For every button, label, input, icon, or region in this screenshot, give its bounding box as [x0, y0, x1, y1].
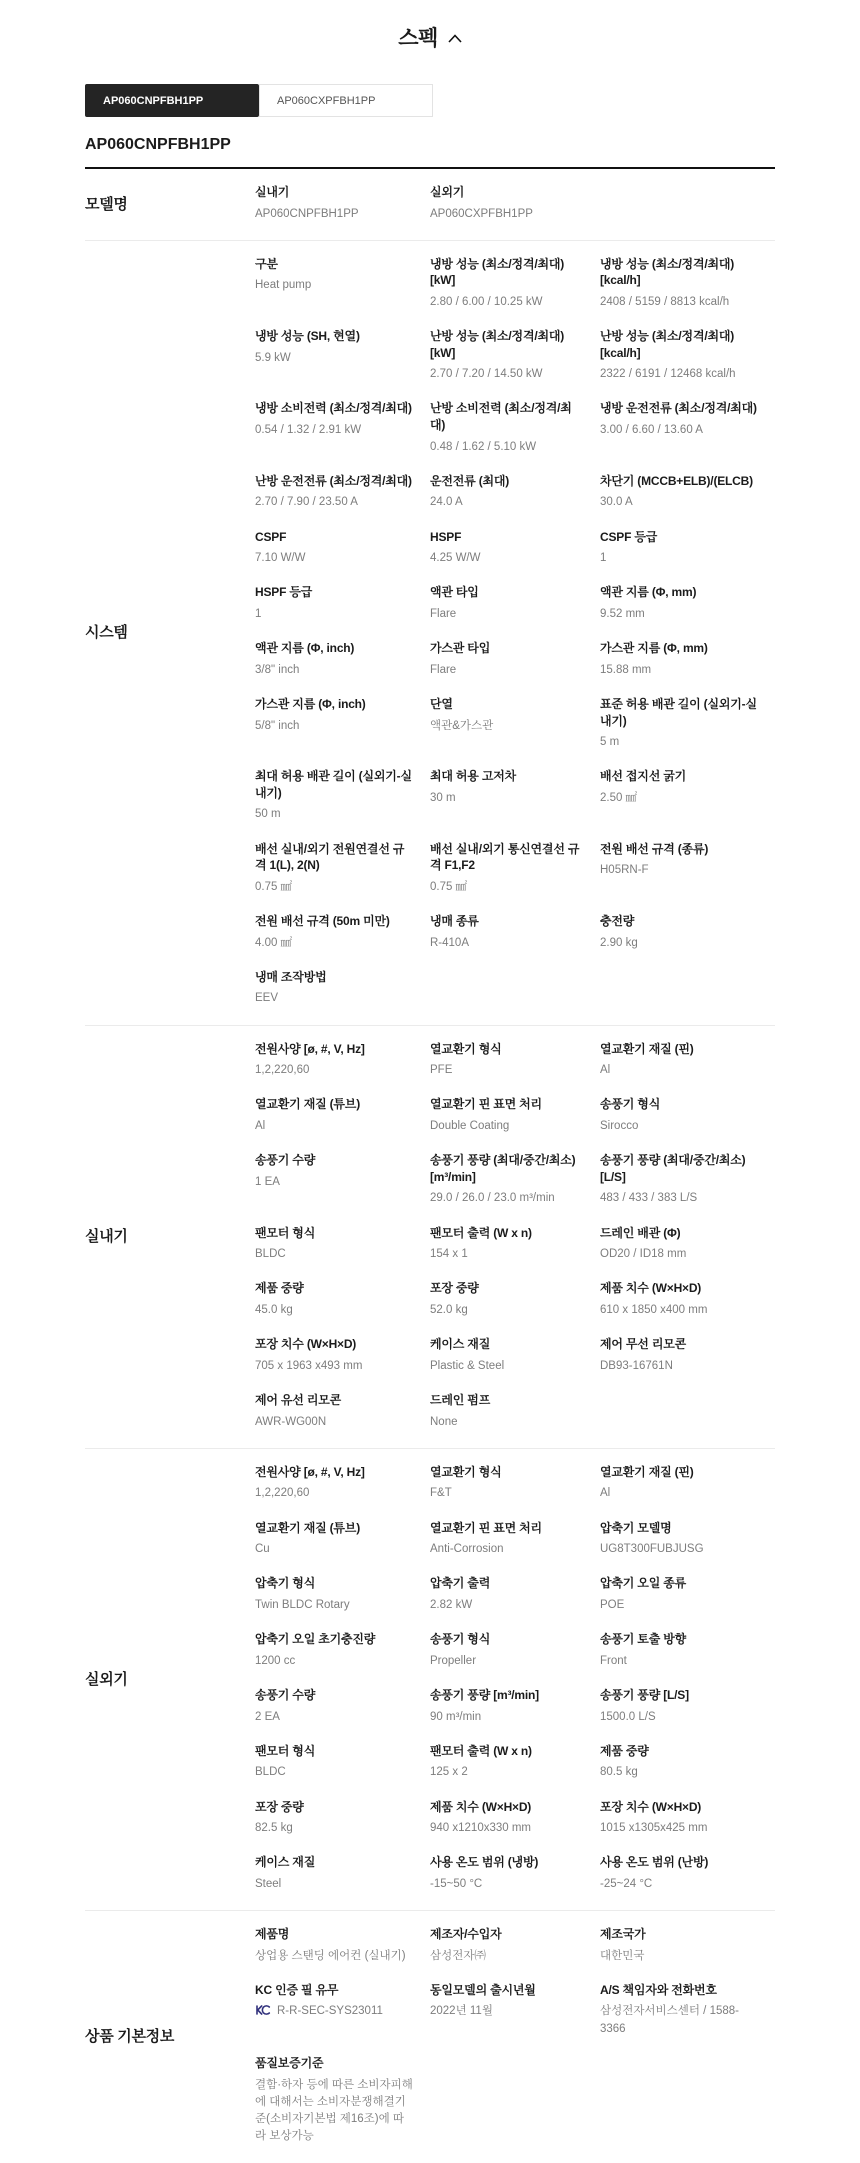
spec-item: 액관 지름 (Φ, mm)9.52 mm: [600, 584, 775, 623]
spec-item-value-text: 3/8" inch: [255, 664, 299, 676]
spec-item: 포장 치수 (W×H×D)1015 x1305x425 mm: [600, 1799, 775, 1838]
spec-item: HSPF 등급1: [255, 584, 430, 623]
spec-item-value: 5/8" inch: [255, 718, 414, 735]
spec-item-label: 케이스 재질: [430, 1336, 584, 1353]
spec-item-value: Flare: [430, 606, 584, 623]
spec-item-value: 2.82 kW: [430, 1597, 584, 1614]
spec-item-label: 송풍기 형식: [600, 1096, 759, 1113]
spec-item-value-text: 1015 x1305x425 mm: [600, 1822, 707, 1834]
spec-item-label: 액관 타입: [430, 584, 584, 601]
spec-title: 스펙: [398, 22, 438, 52]
spec-item: 품질보증기준결함·하자 등에 따른 소비자피해에 대해서는 소비자분쟁해결기준(…: [255, 2055, 430, 2146]
spec-item-label: 충전량: [600, 913, 759, 930]
spec-item-value-text: 29.0 / 26.0 / 23.0 m³/min: [430, 1192, 555, 1204]
spec-item: 압축기 오일 초기충진량1200 cc: [255, 1631, 430, 1670]
spec-item-value: 결함·하자 등에 따른 소비자피해에 대해서는 소비자분쟁해결기준(소비자기본법…: [255, 2077, 414, 2146]
spec-item-value-text: UG8T300FUBJUSG: [600, 1543, 704, 1555]
spec-item-value-text: 705 x 1963 x493 mm: [255, 1360, 362, 1372]
spec-item-value: 대한민국: [600, 1948, 759, 1965]
spec-item-value: 90 m³/min: [430, 1709, 584, 1726]
spec-item-value: BLDC: [255, 1764, 414, 1781]
spec-item-value: Sirocco: [600, 1118, 759, 1135]
section-items: 제품명상업용 스탠딩 에어컨 (실내기)제조자/수입자삼성전자㈜제조국가대한민국…: [255, 1926, 775, 2145]
spec-item-label: 제품 치수 (W×H×D): [600, 1280, 759, 1297]
spec-item-label: 압축기 출력: [430, 1575, 584, 1592]
spec-item-label: 가스관 지름 (Φ, mm): [600, 640, 759, 657]
spec-item-label: 포장 치수 (W×H×D): [255, 1336, 414, 1353]
spec-item-value-text: 30 m: [430, 792, 456, 804]
spec-item: 송풍기 풍량 [m³/min]90 m³/min: [430, 1687, 600, 1726]
spec-item-label: 동일모델의 출시년월: [430, 1982, 584, 1999]
spec-item-value-text: 483 / 433 / 383 L/S: [600, 1192, 697, 1204]
section-items: 전원사양 [ø, #, V, Hz]1,2,220,60열교환기 형식F&T열교…: [255, 1464, 775, 1893]
spec-item-value: 상업용 스탠딩 에어컨 (실내기): [255, 1948, 414, 1965]
spec-item: 냉방 운전전류 (최소/정격/최대)3.00 / 6.60 / 13.60 A: [600, 400, 775, 439]
spec-item-value: 610 x 1850 x400 mm: [600, 1302, 759, 1319]
spec-item: 가스관 지름 (Φ, inch)5/8" inch: [255, 696, 430, 735]
spec-item: KC 인증 필 유무R-R-SEC-SYS23011: [255, 1982, 430, 2021]
spec-item-value-text: 45.0 kg: [255, 1304, 293, 1316]
spec-item: 냉방 성능 (최소/정격/최대) [kcal/h]2408 / 5159 / 8…: [600, 256, 775, 311]
spec-item-value-text: 1,2,220,60: [255, 1487, 309, 1499]
spec-item-value: 0.75 ㎟: [255, 879, 414, 896]
spec-item: CSPF 등급1: [600, 529, 775, 568]
spec-item-value: AP060CNPFBH1PP: [255, 206, 414, 223]
spec-item-value-text: 0.54 / 1.32 / 2.91 kW: [255, 424, 361, 436]
spec-item-value: BLDC: [255, 1246, 414, 1263]
spec-item-value-text: 80.5 kg: [600, 1766, 638, 1778]
spec-item-value-text: -15~50 °C: [430, 1878, 482, 1890]
spec-item: 송풍기 형식Sirocco: [600, 1096, 775, 1135]
spec-page: 스펙 AP060CNPFBH1PP AP060CXPFBH1PP AP060CN…: [0, 0, 860, 2163]
spec-item: 최대 허용 고저차30 m: [430, 768, 600, 807]
spec-item-value-text: Flare: [430, 608, 456, 620]
spec-item-label: 냉방 소비전력 (최소/정격/최대): [255, 400, 414, 417]
spec-item: 전원사양 [ø, #, V, Hz]1,2,220,60: [255, 1464, 430, 1503]
spec-item-value: UG8T300FUBJUSG: [600, 1541, 759, 1558]
spec-item-label: 전원사양 [ø, #, V, Hz]: [255, 1041, 414, 1058]
spec-item-label: 압축기 오일 초기충진량: [255, 1631, 414, 1648]
spec-item: 액관 타입Flare: [430, 584, 600, 623]
spec-item: 난방 운전전류 (최소/정격/최대)2.70 / 7.90 / 23.50 A: [255, 473, 430, 512]
spec-item-value-text: 125 x 2: [430, 1766, 468, 1778]
spec-item: 압축기 형식Twin BLDC Rotary: [255, 1575, 430, 1614]
spec-item: 송풍기 풍량 (최대/중간/최소) [m³/min]29.0 / 26.0 / …: [430, 1152, 600, 1207]
spec-item-value-text: 1: [600, 552, 606, 564]
spec-item: 포장 중량82.5 kg: [255, 1799, 430, 1838]
spec-item-value: 4.25 W/W: [430, 550, 584, 567]
spec-item-label: 팬모터 형식: [255, 1225, 414, 1242]
spec-item-value: 9.52 mm: [600, 606, 759, 623]
spec-item: 난방 성능 (최소/정격/최대) [kcal/h]2322 / 6191 / 1…: [600, 328, 775, 383]
spec-item-label: 난방 성능 (최소/정격/최대) [kW]: [430, 328, 584, 361]
spec-item-value: DB93-16761N: [600, 1358, 759, 1375]
spec-item: 제품 중량45.0 kg: [255, 1280, 430, 1319]
spec-item-value-text: 30.0 A: [600, 496, 633, 508]
spec-item-value-text: 삼성전자㈜: [430, 1950, 486, 1962]
spec-item-value-text: 15.88 mm: [600, 664, 651, 676]
spec-item-value: 2022년 11월: [430, 2003, 584, 2020]
spec-item-label: 난방 소비전력 (최소/정격/최대): [430, 400, 584, 433]
spec-item-value: 1200 cc: [255, 1653, 414, 1670]
spec-item: 열교환기 재질 (핀)Al: [600, 1041, 775, 1080]
spec-item-value: 7.10 W/W: [255, 550, 414, 567]
spec-item-value-text: 940 x1210x330 mm: [430, 1822, 531, 1834]
spec-item: 송풍기 풍량 (최대/중간/최소) [L/S]483 / 433 / 383 L…: [600, 1152, 775, 1207]
spec-item-value: 1,2,220,60: [255, 1485, 414, 1502]
spec-item-value: 2.50 ㎟: [600, 790, 759, 807]
spec-item-value: 2 EA: [255, 1709, 414, 1726]
spec-item-label: 송풍기 풍량 [m³/min]: [430, 1687, 584, 1704]
spec-item-value: PFE: [430, 1062, 584, 1079]
spec-item-value: 940 x1210x330 mm: [430, 1820, 584, 1837]
spec-item: 최대 허용 배관 길이 (실외기-실내기)50 m: [255, 768, 430, 823]
spec-item-value-text: 삼성전자서비스센터 / 1588-3366: [600, 2005, 739, 2034]
spec-item: 배선 실내/외기 전원연결선 규격 1(L), 2(N)0.75 ㎟: [255, 841, 430, 896]
spec-item-value: 1015 x1305x425 mm: [600, 1820, 759, 1837]
spec-item: 송풍기 수량2 EA: [255, 1687, 430, 1726]
spec-item: 압축기 출력2.82 kW: [430, 1575, 600, 1614]
spec-item-label: 송풍기 수량: [255, 1687, 414, 1704]
spec-item-label: 실외기: [430, 184, 584, 201]
spec-item-value-text: R-410A: [430, 937, 469, 949]
spec-item-value: Cu: [255, 1541, 414, 1558]
spec-item: 드레인 펌프None: [430, 1392, 600, 1431]
spec-item: 제조국가대한민국: [600, 1926, 775, 1965]
model-tabs: AP060CNPFBH1PP AP060CXPFBH1PP: [85, 84, 775, 117]
spec-item-value-text: POE: [600, 1599, 624, 1611]
spec-item: 전원 배선 규격 (종류)H05RN-F: [600, 841, 775, 880]
spec-item-value: 1 EA: [255, 1174, 414, 1191]
spec-item: 단열액관&가스관: [430, 696, 600, 735]
spec-item: 팬모터 출력 (W x n)154 x 1: [430, 1225, 600, 1264]
spec-item-value: AP060CXPFBH1PP: [430, 206, 584, 223]
spec-item: 압축기 오일 종류POE: [600, 1575, 775, 1614]
spec-item-label: HSPF 등급: [255, 584, 414, 601]
spec-item: A/S 책임자와 전화번호삼성전자서비스센터 / 1588-3366: [600, 1982, 775, 2038]
spec-item-value-text: F&T: [430, 1487, 452, 1499]
spec-item-value-text: None: [430, 1416, 458, 1428]
spec-item-value-text: 0.75 ㎟: [430, 881, 467, 893]
spec-item-label: 제어 무선 리모콘: [600, 1336, 759, 1353]
spec-item-label: 운전전류 (최대): [430, 473, 584, 490]
spec-item: 전원 배선 규격 (50m 미만)4.00 ㎟: [255, 913, 430, 952]
spec-item-value: -15~50 °C: [430, 1876, 584, 1893]
spec-item-label: 최대 허용 배관 길이 (실외기-실내기): [255, 768, 414, 801]
spec-item-value-text: OD20 / ID18 mm: [600, 1248, 686, 1260]
spec-item: 제품 치수 (W×H×D)940 x1210x330 mm: [430, 1799, 600, 1838]
spec-item-value-text: Al: [600, 1064, 610, 1076]
spec-item: 송풍기 수량1 EA: [255, 1152, 430, 1191]
spec-item-label: 표준 허용 배관 길이 (실외기-실내기): [600, 696, 759, 729]
spec-item-label: 최대 허용 고저차: [430, 768, 584, 785]
spec-item-value: 4.00 ㎟: [255, 935, 414, 952]
spec-item: 사용 온도 범위 (냉방)-15~50 °C: [430, 1854, 600, 1893]
spec-item-value: Twin BLDC Rotary: [255, 1597, 414, 1614]
spec-item-value: None: [430, 1414, 584, 1431]
spec-collapse-toggle[interactable]: 스펙: [85, 0, 775, 52]
spec-item-label: 열교환기 핀 표면 처리: [430, 1096, 584, 1113]
spec-item-label: 송풍기 수량: [255, 1152, 414, 1169]
spec-item-value: 1: [255, 606, 414, 623]
spec-item-value: 29.0 / 26.0 / 23.0 m³/min: [430, 1190, 584, 1207]
spec-item-value: Propeller: [430, 1653, 584, 1670]
spec-item: CSPF7.10 W/W: [255, 529, 430, 568]
spec-item-value-text: R-R-SEC-SYS23011: [277, 2005, 383, 2017]
spec-item-value-text: 2 EA: [255, 1711, 280, 1723]
spec-item-label: 열교환기 재질 (튜브): [255, 1096, 414, 1113]
spec-item: 냉방 성능 (SH, 현열)5.9 kW: [255, 328, 430, 367]
spec-item-value: 2.70 / 7.20 / 14.50 kW: [430, 366, 584, 383]
spec-item-value-text: 4.00 ㎟: [255, 937, 292, 949]
spec-item-label: 냉방 성능 (최소/정격/최대) [kcal/h]: [600, 256, 759, 289]
spec-item-value-text: AWR-WG00N: [255, 1416, 326, 1428]
spec-item: 액관 지름 (Φ, inch)3/8" inch: [255, 640, 430, 679]
spec-item-value-text: EEV: [255, 992, 278, 1004]
spec-item-label: CSPF: [255, 529, 414, 546]
spec-item-value: 삼성전자서비스센터 / 1588-3366: [600, 2003, 759, 2038]
spec-item: 열교환기 재질 (튜브)Cu: [255, 1520, 430, 1559]
spec-item: 제품명상업용 스탠딩 에어컨 (실내기): [255, 1926, 430, 1965]
spec-item: 송풍기 형식Propeller: [430, 1631, 600, 1670]
spec-item-label: 배선 접지선 굵기: [600, 768, 759, 785]
spec-item: 열교환기 형식F&T: [430, 1464, 600, 1503]
spec-item-value: 50 m: [255, 806, 414, 823]
spec-item-label: 송풍기 토출 방향: [600, 1631, 759, 1648]
spec-item-label: A/S 책임자와 전화번호: [600, 1982, 759, 1999]
spec-item: 가스관 지름 (Φ, mm)15.88 mm: [600, 640, 775, 679]
spec-item-value-text: 상업용 스탠딩 에어컨 (실내기): [255, 1950, 406, 1962]
spec-item: 제어 유선 리모콘AWR-WG00N: [255, 1392, 430, 1431]
spec-item-label: 송풍기 형식: [430, 1631, 584, 1648]
spec-item-value-text: 52.0 kg: [430, 1304, 468, 1316]
spec-item-label: 사용 온도 범위 (난방): [600, 1854, 759, 1871]
spec-item-value: Al: [600, 1062, 759, 1079]
spec-item-label: 열교환기 재질 (핀): [600, 1464, 759, 1481]
spec-item-value-text: Al: [255, 1120, 265, 1132]
spec-item-label: 제조자/수입자: [430, 1926, 584, 1943]
spec-item-value-text: 9.52 mm: [600, 608, 645, 620]
spec-item: 압축기 모델명UG8T300FUBJUSG: [600, 1520, 775, 1559]
spec-item-label: 냉매 조작방법: [255, 969, 414, 986]
spec-item-label: 전원 배선 규격 (50m 미만): [255, 913, 414, 930]
spec-item-label: CSPF 등급: [600, 529, 759, 546]
spec-item-value-text: 1200 cc: [255, 1655, 295, 1667]
spec-item-label: 차단기 (MCCB+ELB)/(ELCB): [600, 473, 759, 490]
spec-item-label: 냉방 성능 (SH, 현열): [255, 328, 414, 345]
spec-item-value: 액관&가스관: [430, 718, 584, 735]
spec-item: 제어 무선 리모콘DB93-16761N: [600, 1336, 775, 1375]
spec-item-value-text: 1: [255, 608, 261, 620]
spec-item-label: 드레인 배관 (Φ): [600, 1225, 759, 1242]
spec-item-value: 30 m: [430, 790, 584, 807]
spec-item-label: 구분: [255, 256, 414, 273]
spec-item-value: EEV: [255, 990, 414, 1007]
spec-item-value-text: 1 EA: [255, 1176, 280, 1188]
spec-item-value: R-410A: [430, 935, 584, 952]
spec-item: 실외기AP060CXPFBH1PP: [430, 184, 600, 223]
spec-item: 배선 실내/외기 통신연결선 규격 F1,F20.75 ㎟: [430, 841, 600, 896]
tab-model-2[interactable]: AP060CXPFBH1PP: [259, 84, 433, 117]
spec-item-value: F&T: [430, 1485, 584, 1502]
tab-model-1[interactable]: AP060CNPFBH1PP: [85, 84, 259, 117]
spec-section: 상품 기본정보제품명상업용 스탠딩 에어컨 (실내기)제조자/수입자삼성전자㈜제…: [85, 1911, 775, 2162]
spec-item: 냉매 조작방법EEV: [255, 969, 430, 1008]
spec-item: HSPF4.25 W/W: [430, 529, 600, 568]
spec-item: 사용 온도 범위 (난방)-25~24 °C: [600, 1854, 775, 1893]
spec-item-label: 팬모터 출력 (W x n): [430, 1743, 584, 1760]
spec-item-value: -25~24 °C: [600, 1876, 759, 1893]
spec-item-value: 삼성전자㈜: [430, 1948, 584, 1965]
spec-item-label: 제품 치수 (W×H×D): [430, 1799, 584, 1816]
spec-item-label: 열교환기 핀 표면 처리: [430, 1520, 584, 1537]
spec-item-value-text: -25~24 °C: [600, 1878, 652, 1890]
spec-item-value: 52.0 kg: [430, 1302, 584, 1319]
spec-item: 충전량2.90 kg: [600, 913, 775, 952]
spec-item-value: 80.5 kg: [600, 1764, 759, 1781]
spec-item-value-text: 결함·하자 등에 따른 소비자피해에 대해서는 소비자분쟁해결기준(소비자기본법…: [255, 2079, 413, 2143]
spec-item-value-text: 0.48 / 1.62 / 5.10 kW: [430, 441, 536, 453]
spec-item-value: 705 x 1963 x493 mm: [255, 1358, 414, 1375]
spec-item: 열교환기 핀 표면 처리Double Coating: [430, 1096, 600, 1135]
spec-item-value: 0.75 ㎟: [430, 879, 584, 896]
spec-item-label: 사용 온도 범위 (냉방): [430, 1854, 584, 1871]
spec-item-label: 송풍기 풍량 (최대/중간/최소) [m³/min]: [430, 1152, 584, 1185]
spec-item-value: 3.00 / 6.60 / 13.60 A: [600, 422, 759, 439]
tab-model-1-label: AP060CNPFBH1PP: [103, 95, 203, 107]
spec-item-value: 5 m: [600, 734, 759, 751]
spec-item-label: 송풍기 풍량 [L/S]: [600, 1687, 759, 1704]
section-name: 상품 기본정보: [85, 2025, 255, 2046]
spec-item-label: 팬모터 출력 (W x n): [430, 1225, 584, 1242]
spec-item-value-text: Anti-Corrosion: [430, 1543, 504, 1555]
spec-item-label: 포장 중량: [430, 1280, 584, 1297]
spec-item-value: AWR-WG00N: [255, 1414, 414, 1431]
spec-section: 시스템구분Heat pump냉방 성능 (최소/정격/최대) [kW]2.80 …: [85, 241, 775, 1026]
section-name: 모델명: [85, 193, 255, 214]
spec-item-value: 1: [600, 550, 759, 567]
section-items: 실내기AP060CNPFBH1PP실외기AP060CXPFBH1PP: [255, 184, 775, 223]
spec-item: 운전전류 (최대)24.0 A: [430, 473, 600, 512]
spec-item-value: 15.88 mm: [600, 662, 759, 679]
spec-item-label: 가스관 지름 (Φ, inch): [255, 696, 414, 713]
spec-item-label: 송풍기 풍량 (최대/중간/최소) [L/S]: [600, 1152, 759, 1185]
spec-item-value-text: Al: [600, 1487, 610, 1499]
spec-section: 실외기전원사양 [ø, #, V, Hz]1,2,220,60열교환기 형식F&…: [85, 1449, 775, 1911]
spec-item-label: 열교환기 형식: [430, 1041, 584, 1058]
spec-item-label: 냉방 운전전류 (최소/정격/최대): [600, 400, 759, 417]
spec-item: 실내기AP060CNPFBH1PP: [255, 184, 430, 223]
spec-item-value: 2408 / 5159 / 8813 kcal/h: [600, 294, 759, 311]
spec-item-value-text: Front: [600, 1655, 627, 1667]
spec-item: 제품 치수 (W×H×D)610 x 1850 x400 mm: [600, 1280, 775, 1319]
spec-item-value: Double Coating: [430, 1118, 584, 1135]
spec-item-label: 가스관 타입: [430, 640, 584, 657]
spec-item-label: 실내기: [255, 184, 414, 201]
spec-table: 모델명실내기AP060CNPFBH1PP실외기AP060CXPFBH1PP시스템…: [85, 169, 775, 2163]
spec-item-value: 82.5 kg: [255, 1820, 414, 1837]
spec-item-value-text: 2.82 kW: [430, 1599, 472, 1611]
spec-item-value-text: 액관&가스관: [430, 720, 493, 732]
spec-item-value-text: 0.75 ㎟: [255, 881, 292, 893]
spec-item-value: Al: [600, 1485, 759, 1502]
spec-item-value: 0.48 / 1.62 / 5.10 kW: [430, 439, 584, 456]
spec-item-value-text: PFE: [430, 1064, 452, 1076]
spec-item-value-text: 2.80 / 6.00 / 10.25 kW: [430, 296, 543, 308]
spec-item-label: 제품 중량: [255, 1280, 414, 1297]
spec-item-value: Anti-Corrosion: [430, 1541, 584, 1558]
spec-item-value: 0.54 / 1.32 / 2.91 kW: [255, 422, 414, 439]
spec-item-value-text: 610 x 1850 x400 mm: [600, 1304, 707, 1316]
spec-item-label: 단열: [430, 696, 584, 713]
spec-item-value: 5.9 kW: [255, 350, 414, 367]
spec-item-label: 열교환기 형식: [430, 1464, 584, 1481]
spec-item-value: 2322 / 6191 / 12468 kcal/h: [600, 366, 759, 383]
spec-item-value-text: 3.00 / 6.60 / 13.60 A: [600, 424, 703, 436]
section-items: 전원사양 [ø, #, V, Hz]1,2,220,60열교환기 형식PFE열교…: [255, 1041, 775, 1431]
spec-item-value-text: 4.25 W/W: [430, 552, 480, 564]
spec-item-value-text: BLDC: [255, 1248, 286, 1260]
spec-item-value: Steel: [255, 1876, 414, 1893]
chevron-up-icon: [448, 34, 462, 43]
spec-item-value-text: Steel: [255, 1878, 281, 1890]
spec-item: 팬모터 형식BLDC: [255, 1743, 430, 1782]
spec-item-label: HSPF: [430, 529, 584, 546]
spec-item-value: 1500.0 L/S: [600, 1709, 759, 1726]
spec-item-label: 냉매 종류: [430, 913, 584, 930]
spec-item-value-text: 대한민국: [600, 1950, 644, 1962]
spec-item-label: 전원 배선 규격 (종류): [600, 841, 759, 858]
spec-item: 냉방 성능 (최소/정격/최대) [kW]2.80 / 6.00 / 10.25…: [430, 256, 600, 311]
spec-item-label: 열교환기 재질 (핀): [600, 1041, 759, 1058]
spec-item-label: KC 인증 필 유무: [255, 1982, 414, 1999]
spec-item-value-text: Cu: [255, 1543, 270, 1555]
spec-item-value-text: BLDC: [255, 1766, 286, 1778]
spec-item-value: Al: [255, 1118, 414, 1135]
spec-item-label: 배선 실내/외기 전원연결선 규격 1(L), 2(N): [255, 841, 414, 874]
spec-item-value: 483 / 433 / 383 L/S: [600, 1190, 759, 1207]
spec-item: 가스관 타입Flare: [430, 640, 600, 679]
spec-item-label: 전원사양 [ø, #, V, Hz]: [255, 1464, 414, 1481]
spec-item-value-text: Flare: [430, 664, 456, 676]
spec-item-label: 제품명: [255, 1926, 414, 1943]
spec-section: 모델명실내기AP060CNPFBH1PP실외기AP060CXPFBH1PP: [85, 169, 775, 241]
spec-item-label: 포장 중량: [255, 1799, 414, 1816]
spec-item: 송풍기 풍량 [L/S]1500.0 L/S: [600, 1687, 775, 1726]
spec-item: 차단기 (MCCB+ELB)/(ELCB)30.0 A: [600, 473, 775, 512]
spec-item: 제조자/수입자삼성전자㈜: [430, 1926, 600, 1965]
spec-item-value: Plastic & Steel: [430, 1358, 584, 1375]
spec-item: 팬모터 형식BLDC: [255, 1225, 430, 1264]
spec-item-value-text: AP060CNPFBH1PP: [255, 208, 359, 220]
spec-item-label: 품질보증기준: [255, 2055, 414, 2072]
spec-item: 구분Heat pump: [255, 256, 430, 295]
spec-item: 포장 치수 (W×H×D)705 x 1963 x493 mm: [255, 1336, 430, 1375]
spec-item: 케이스 재질Plastic & Steel: [430, 1336, 600, 1375]
model-heading: AP060CNPFBH1PP: [85, 136, 775, 169]
spec-item: 송풍기 토출 방향Front: [600, 1631, 775, 1670]
spec-item-label: 압축기 형식: [255, 1575, 414, 1592]
spec-item: 냉방 소비전력 (최소/정격/최대)0.54 / 1.32 / 2.91 kW: [255, 400, 430, 439]
section-name: 실외기: [85, 1668, 255, 1689]
spec-item: 냉매 종류R-410A: [430, 913, 600, 952]
kc-cert-icon: [255, 2004, 271, 2016]
spec-item: 동일모델의 출시년월2022년 11월: [430, 1982, 600, 2021]
spec-item-label: 난방 운전전류 (최소/정격/최대): [255, 473, 414, 490]
spec-item-value: 125 x 2: [430, 1764, 584, 1781]
spec-item-value: OD20 / ID18 mm: [600, 1246, 759, 1263]
spec-item-label: 팬모터 형식: [255, 1743, 414, 1760]
